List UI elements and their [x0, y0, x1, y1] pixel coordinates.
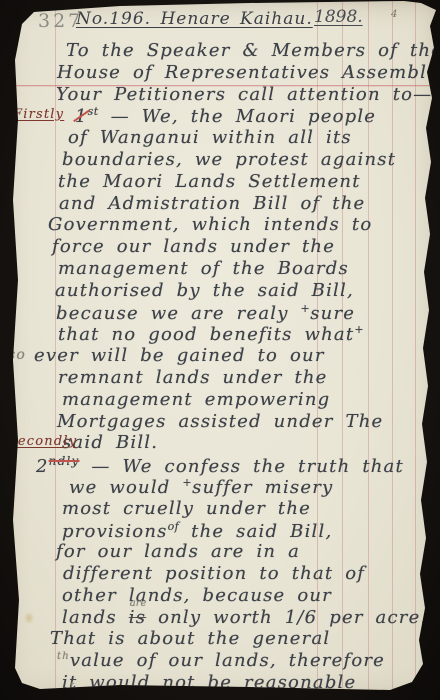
manuscript-line: House of Representatives Assembled.	[57, 62, 440, 84]
manuscript-line: remnant lands under the	[58, 367, 328, 389]
handwriting-text: suffer misery	[192, 477, 333, 498]
handwriting-annotation: isare	[129, 607, 146, 628]
manuscript-line: most cruelly under the	[62, 498, 311, 520]
handwriting-text: ever will be gained to our	[34, 345, 325, 366]
petition-title: No.196. Henare Kaihau.	[76, 9, 313, 29]
handwriting-text: because we are realy	[56, 303, 301, 324]
margin-note: Firstly	[13, 107, 64, 122]
handwriting-annotation: 1	[75, 106, 88, 127]
manuscript-line: secondlysaid Bill.	[62, 432, 158, 454]
manuscript-page: 327 No.196. Henare Kaihau. 1898. 4 To th…	[0, 0, 440, 700]
manuscript-line: we would +suffer misery	[69, 476, 333, 498]
manuscript-line: lands isare only worth 1/6 per acre.	[62, 607, 427, 629]
manuscript-line: authorised by the said Bill,	[55, 280, 354, 302]
handwriting-text: most cruelly under the	[62, 498, 311, 519]
handwriting-text: authorised by the said Bill,	[55, 280, 354, 301]
manuscript-line: boundaries, we protest against	[62, 149, 396, 171]
manuscript-line: of Wanganui within all its	[68, 127, 352, 149]
manuscript-line: Your Petitioners call attention to—	[56, 84, 432, 106]
handwriting-text: and Admistration Bill of the	[59, 193, 365, 214]
handwriting-annotation: +	[301, 302, 311, 315]
handwriting-text: boundaries, we protest against	[62, 149, 396, 170]
stray-pencil-mark: t	[70, 679, 74, 692]
handwriting-text: different position to that of	[63, 563, 365, 584]
handwriting-text: management of the Boards	[58, 258, 349, 279]
handwriting-text: That is about the general	[50, 628, 330, 649]
manuscript-line: because we are realy +sure	[56, 302, 355, 324]
correction-above: are	[130, 598, 147, 609]
manuscript-line: Government, which intends to	[48, 214, 372, 236]
handwriting-text: force our lands under the	[52, 236, 335, 257]
handwriting-text: value of our lands, therefore	[70, 650, 385, 671]
handwriting-text: 2	[36, 456, 49, 477]
manuscript-line: management empowering	[62, 389, 330, 411]
manuscript-line: it would not be reasonable	[62, 672, 356, 694]
manuscript-line: provisionsof the said Bill,	[62, 520, 332, 542]
handwriting-text: Mortgages assisted under The	[57, 411, 383, 432]
manuscript-line: soever will be gained to our	[34, 345, 325, 367]
handwriting-text: the said Bill,	[179, 521, 332, 542]
manuscript-line: That is about the general	[50, 628, 330, 650]
paper-stain	[24, 612, 34, 624]
manuscript-line: other lands, because our	[62, 585, 332, 607]
corner-folio-mark: 4	[391, 9, 397, 20]
handwriting-text: that no good benefits what	[58, 324, 354, 345]
margin-note: secondly	[10, 434, 77, 449]
handwriting-text: Your Petitioners call attention to—	[56, 84, 432, 105]
manuscript-line: and Admistration Bill of the	[59, 193, 365, 215]
handwriting-annotation: th	[57, 651, 70, 662]
manuscript-line: force our lands under the	[52, 236, 335, 258]
handwriting-text: — We confess the truth that	[79, 456, 403, 477]
handwriting-text: of Wanganui within all its	[68, 127, 352, 148]
manuscript-line: different position to that of	[63, 563, 365, 585]
petition-year: 1898.	[314, 7, 363, 27]
handwriting-text: for our lands are in a	[56, 541, 300, 562]
handwriting-annotation: +	[354, 323, 364, 336]
manuscript-line: management of the Boards	[58, 258, 349, 280]
handwriting-text: it would not be reasonable	[62, 672, 356, 693]
handwriting-text: we would	[69, 477, 182, 498]
manuscript-line: the Maori Lands Settlement	[58, 171, 361, 193]
handwriting-text: To the Speaker & Members of the	[66, 40, 440, 61]
handwriting-text: remnant lands under the	[58, 367, 328, 388]
handwriting-text: sure	[310, 303, 355, 324]
handwriting-annotation: ndly	[49, 454, 80, 468]
handwriting-text: management empowering	[62, 389, 330, 410]
handwriting-text: House of Representatives Assembled.	[57, 62, 440, 83]
manuscript-line: Firstly1st — We, the Maori people	[75, 105, 376, 127]
handwriting-annotation: of	[168, 520, 180, 533]
handwriting-text: lands	[62, 607, 129, 628]
margin-note: so	[8, 347, 26, 363]
handwriting-text: provisions	[62, 521, 168, 542]
manuscript-line: for our lands are in a	[56, 541, 300, 563]
scan-background: 327 No.196. Henare Kaihau. 1898. 4 To th…	[0, 0, 440, 700]
handwriting-text: — We, the Maori people	[99, 106, 376, 127]
handwriting-text: only worth 1/6 per acre.	[146, 607, 427, 628]
manuscript-line: that no good benefits what+	[58, 323, 364, 345]
handwriting-annotation: +	[182, 476, 192, 489]
handwriting-text: the Maori Lands Settlement	[58, 171, 361, 192]
manuscript-line: Mortgages assisted under The	[57, 411, 383, 433]
manuscript-line: To the Speaker & Members of the	[66, 40, 440, 62]
handwriting-text: Government, which intends to	[48, 214, 372, 235]
handwriting-text: other lands, because our	[62, 585, 332, 606]
manuscript-line: 2ndly — We confess the truth that	[36, 454, 404, 476]
manuscript-line: thvalue of our lands, therefore	[57, 650, 385, 672]
